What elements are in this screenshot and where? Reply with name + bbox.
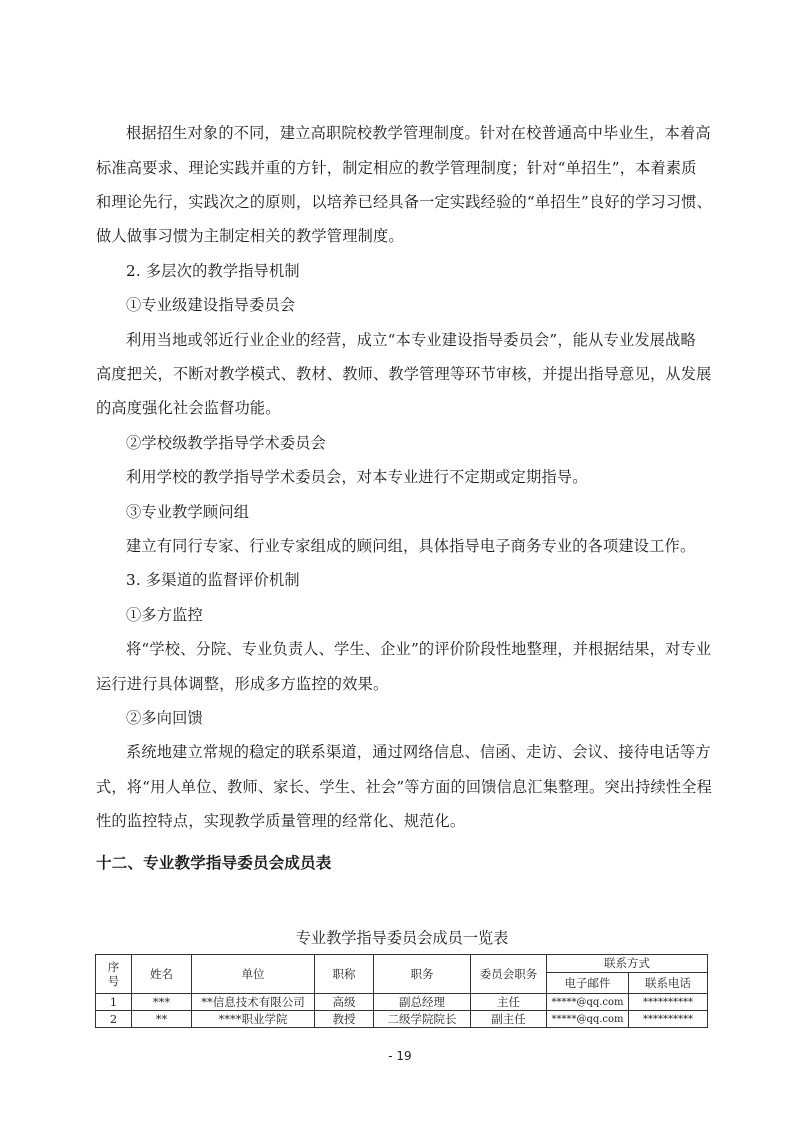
paragraph-line: 高度把关，不断对教学模式、教材、教师、教学管理等环节审核，并提出指导意见，从发展 <box>96 364 708 384</box>
subheading: ①多方监控 <box>126 605 738 625</box>
paragraph-line: 做人做事习惯为主制定相关的教学管理制度。 <box>96 226 708 246</box>
header-name: 姓名 <box>132 955 192 994</box>
paragraph-line: 系统地建立常规的稳定的联系渠道，通过网络信息、信函、走访、会议、接待电话等方 <box>126 742 738 762</box>
subheading: ①专业级建设指导委员会 <box>126 295 738 315</box>
cell-seq: 1 <box>96 994 132 1011</box>
table-row: 1 *** **信息技术有限公司 高级 副总经理 主任 *****@qq.com… <box>96 994 708 1011</box>
subheading: ②学校级教学指导学术委员会 <box>126 433 738 453</box>
subheading: ③专业教学顾问组 <box>126 502 738 522</box>
paragraph-line: 标准高要求、理论实践并重的方针，制定相应的教学管理制度；针对“单招生”，本着素质 <box>96 158 708 178</box>
paragraph-line: 利用学校的教学指导学术委员会，对本专业进行不定期或定期指导。 <box>126 467 738 487</box>
subheading: ②多向回馈 <box>126 708 738 728</box>
cell-phone: ********** <box>629 1011 708 1028</box>
paragraph-line: 和理论先行，实践次之的原则，以培养已经具备一定实践经验的“单招生”良好的学习习惯… <box>96 192 708 212</box>
paragraph-line: 根据招生对象的不同，建立高职院校教学管理制度。针对在校普通高中毕业生，本着高 <box>126 123 738 143</box>
cell-email: *****@qq.com <box>547 1011 629 1028</box>
subheading: 3. 多渠道的监督评价机制 <box>126 570 738 590</box>
cell-position: 副总经理 <box>374 994 471 1011</box>
header-seq: 序号 <box>96 955 132 994</box>
header-contact: 联系方式 <box>547 955 708 973</box>
cell-position: 二级学院院长 <box>374 1011 471 1028</box>
paragraph-line: 建立有同行专家、行业专家组成的顾问组，具体指导电子商务专业的各项建设工作。 <box>126 536 738 556</box>
table-row: 2 ** ****职业学院 教授 二级学院院长 副主任 *****@qq.com… <box>96 1011 708 1028</box>
members-table: 序号 姓名 单位 职称 职务 委员会职务 联系方式 电子邮件 联系电话 1 **… <box>95 954 708 1028</box>
cell-unit: ****职业学院 <box>192 1011 315 1028</box>
section-heading: 十二、专业教学指导委员会成员表 <box>96 853 708 873</box>
paragraph-line: 性的监控特点，实现教学质量管理的经常化、规范化。 <box>96 811 708 831</box>
header-position: 职务 <box>374 955 471 994</box>
document-page: 根据招生对象的不同，建立高职院校教学管理制度。针对在校普通高中毕业生，本着高 标… <box>0 0 800 1131</box>
paragraph-line: 式，将“用人单位、教师、家长、学生、社会”等方面的回馈信息汇集整理。突出持续性全… <box>96 777 708 797</box>
header-phone: 联系电话 <box>629 973 708 994</box>
paragraph-line: 的高度强化社会监督功能。 <box>96 398 708 418</box>
cell-name: ** <box>132 1011 192 1028</box>
table-caption: 专业教学指导委员会成员一览表 <box>96 927 708 948</box>
cell-title: 教授 <box>315 1011 374 1028</box>
cell-name: *** <box>132 994 192 1011</box>
cell-unit: **信息技术有限公司 <box>192 994 315 1011</box>
page-number: - 19 <box>0 1049 800 1063</box>
header-unit: 单位 <box>192 955 315 994</box>
cell-seq: 2 <box>96 1011 132 1028</box>
cell-committee-role: 副主任 <box>471 1011 547 1028</box>
header-seq-label: 序号 <box>107 960 121 988</box>
cell-email: *****@qq.com <box>547 994 629 1011</box>
header-email: 电子邮件 <box>547 973 629 994</box>
header-title: 职称 <box>315 955 374 994</box>
paragraph-line: 将“学校、分院、专业负责人、学生、企业”的评价阶段性地整理，并根据结果，对专业 <box>126 639 738 659</box>
cell-committee-role: 主任 <box>471 994 547 1011</box>
paragraph-line: 运行进行具体调整，形成多方监控的效果。 <box>96 674 708 694</box>
subheading: 2. 多层次的教学指导机制 <box>126 261 738 281</box>
header-committee-role: 委员会职务 <box>471 955 547 994</box>
paragraph-line: 利用当地或邻近行业企业的经营，成立“本专业建设指导委员会”，能从专业发展战略 <box>126 330 738 350</box>
cell-title: 高级 <box>315 994 374 1011</box>
cell-phone: ********** <box>629 994 708 1011</box>
